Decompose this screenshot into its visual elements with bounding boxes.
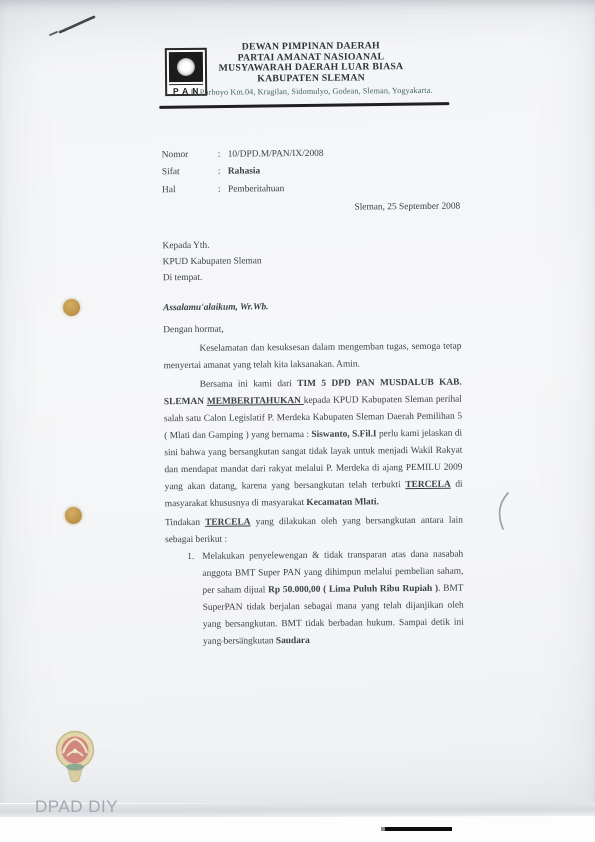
scanned-letter-page: PAN DEWAN PIMPINAN DAERAH PARTAI AMANAT … [0,0,595,842]
dpad-diy-stamp-label: DPAD DIY [35,797,118,817]
list-item-number: 1. [187,549,203,651]
meta-value: 10/DPD.M/PAN/IX/2008 [228,146,324,164]
letter-body: Nomor : 10/DPD.M/PAN/IX/2008 Sifat : Rah… [162,145,464,652]
scanner-background [0,817,595,842]
paragraph-1: Keselamatan dan kesuksesan dalam mengemb… [163,339,461,376]
meta-separator: : [218,181,228,198]
greeting: Dengan hormat, [163,320,461,340]
recipient-line: Di tempat. [163,268,461,287]
meta-label: Hal [162,182,218,200]
hole-punch-icon [65,507,82,524]
meta-separator: : [218,164,228,181]
letterhead: DEWAN PIMPINAN DAERAH PARTAI AMANAT NASI… [161,41,461,98]
meta-value: Pemberitahuan [228,181,284,199]
paragraph-3: Tindakan TERCELA yang dilakukan oleh yan… [165,513,463,550]
letterhead-address: Jl. Purboyo Km.04, Kragilan, Sidomulyo, … [161,86,461,98]
scan-artifact-bar [385,827,452,831]
hole-punch-icon [63,299,80,316]
meta-separator: : [218,147,228,164]
list-item: 1. Melakukan penyelewengan & tidak trans… [165,547,464,652]
meta-label: Sifat [162,164,218,182]
meta-value: Rahasia [228,164,260,182]
recipient-block: Kepada Yth. KPUD Kabupaten Sleman Di tem… [162,236,460,287]
pen-bracket-mark-icon [490,491,518,533]
letterhead-divider [159,102,449,109]
meta-row-hal: Hal : Pemberitahuan [162,179,460,199]
paragraph-2: Bersama ini kami dari TIM 5 DPD PAN MUSD… [164,375,463,514]
meta-label: Nomor [162,147,218,165]
salutation: Assalamu'alaikum, Wr.Wb. [163,298,461,318]
letter-content: PAN DEWAN PIMPINAN DAERAH PARTAI AMANAT … [0,0,595,806]
letterhead-org-line: KABUPATEN SLEMAN [161,72,461,85]
dpad-diy-crest-icon [52,729,98,785]
list-item-text: Melakukan penyelewengan & tidak transpar… [202,547,464,651]
pen-dot-mark [239,637,246,639]
dateline: Sleman, 25 September 2008 [162,200,460,218]
